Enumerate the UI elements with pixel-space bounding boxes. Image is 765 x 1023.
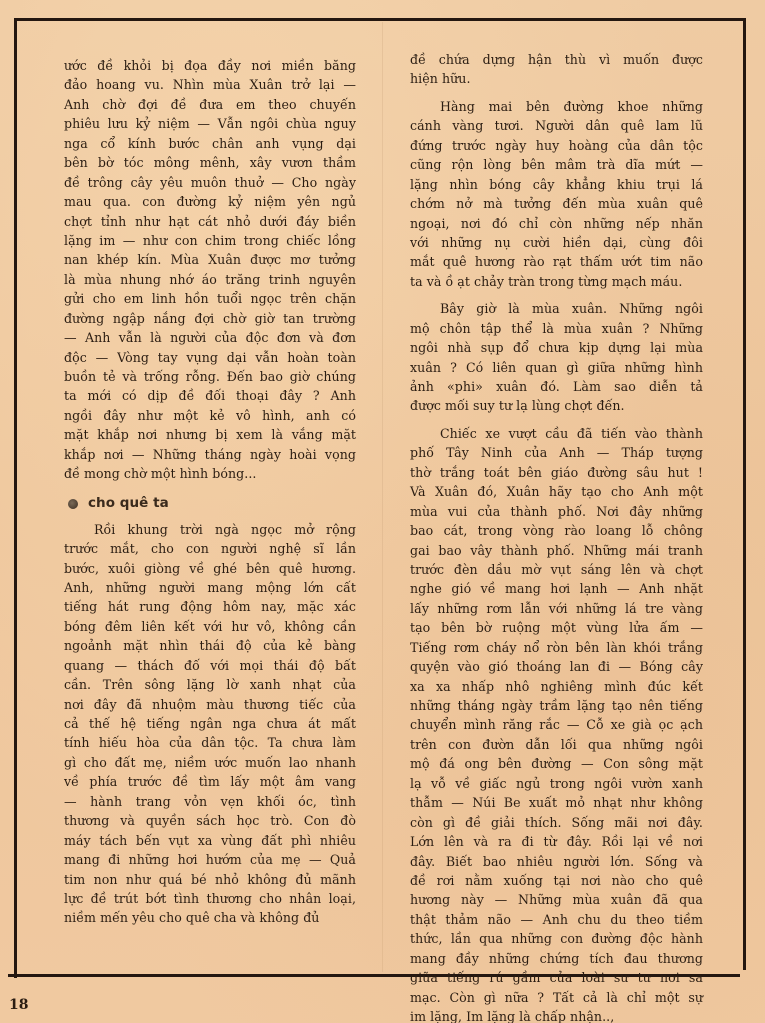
text-line: cần. Trên sông lặng lờ xanh nhạt của	[64, 675, 356, 694]
text-line: đường ngập nắng đợi chờ giờ tan trường	[64, 309, 356, 328]
text-line: ước đề khỏi bị đọa đầy nơi miền băng	[64, 56, 356, 75]
text-line: bao cát, trong vòng rào loang lỗ chông	[410, 521, 703, 540]
text-line: Tiếng rơm cháy nổ ròn bên làn khói trắng	[410, 638, 703, 657]
text-line: ta mới có dịp đề đối thoại đây ? Anh	[64, 386, 356, 405]
text-line: còn gì đề giải thích. Sống mãi nơi đây.	[410, 813, 703, 832]
text-line: tính hiếu hòa của dân tộc. Ta chưa làm	[64, 733, 356, 752]
text-line: đề trông cây yêu muôn thuở — Cho ngày	[64, 173, 356, 192]
paragraph-gap	[410, 291, 703, 299]
text-line: Anh, những người mang mộng lớn cất	[64, 578, 356, 597]
text-line: khắp nơi — Những tháng ngày hoài vọng	[64, 445, 356, 464]
text-line: quang — thách đố với mọi thái độ bất	[64, 656, 356, 675]
text-line: trước mắt, cho con người nghệ sĩ lần	[64, 539, 356, 558]
text-line: cũng rộn lòng bên mâm trà dĩa mứt —	[410, 155, 703, 174]
right-column: đề chứa dựng hận thù vì muốn đượchiện hữ…	[410, 50, 703, 1023]
text-line: bên bờ tóc mông mênh, xây vươn thầm	[64, 153, 356, 172]
text-line: nơi đây đã nhuộm màu thương tiếc của	[64, 695, 356, 714]
text-line: Anh chờ đợi đề đưa em theo chuyến	[64, 95, 356, 114]
text-line: cả thế hệ tiếng ngân nga chưa át mất	[64, 714, 356, 733]
text-line: đây. Biết bao nhiêu người lớn. Sống và	[410, 852, 703, 871]
text-line: Hàng mai bên đường khoe những	[410, 97, 703, 116]
right-paragraph-4: Chiếc xe vượt cầu đã tiến vào thànhphố T…	[410, 424, 703, 1023]
text-line: buồn tẻ và trống rỗng. Đến bao giờ chúng	[64, 367, 356, 386]
text-line: ảnh «phi» xuân đó. Làm sao diễn tả	[410, 377, 703, 396]
text-line: trước đèn dầu mờ vụt sáng lên và chợt	[410, 560, 703, 579]
text-line: máy tách bến vụt xa vùng đất phì nhiêu	[64, 831, 356, 850]
frame-border-left	[14, 18, 17, 978]
text-line: những tháng ngày trầm lặng tạo nên tiếng	[410, 696, 703, 715]
text-line: về phía trước đề tìm lấy một âm vang	[64, 772, 356, 791]
text-line: là mùa nhung nhớ áo trăng trinh nguyên	[64, 270, 356, 289]
text-line: cánh vàng tươi. Người dân quê lam lũ	[410, 116, 703, 135]
bullet-circle-icon	[68, 499, 78, 509]
text-line: thức, lần qua những con đường độc hành	[410, 929, 703, 948]
text-line: mang đầy những chứng tích đau thương	[410, 949, 703, 968]
text-line: mắt quê hương rào rạt thấm ướt tim não	[410, 252, 703, 271]
text-line: thật thảm não — Anh chu du theo tiềm	[410, 910, 703, 929]
text-line: thờ trắng toát bên giáo đường sâu hut !	[410, 463, 703, 482]
page-number: 18	[9, 997, 28, 1013]
text-line: đề rơi nằm xuống tại nơi nào cho quê	[410, 871, 703, 890]
text-line: chuyển mình răng rắc — Cỗ xe già ọc ạch	[410, 715, 703, 734]
text-line: tiếng hát rung động hôm nay, mặc xác	[64, 597, 356, 616]
text-line: ngồi đây như một kẻ vô hình, anh có	[64, 406, 356, 425]
text-line: phiêu lưu kỷ niệm — Vẫn ngôi chùa nguy	[64, 114, 356, 133]
text-line: ngoại, nơi đó chỉ còn những nếp nhăn	[410, 214, 703, 233]
text-line: bóng đêm liên kết với hư vô, không cần	[64, 617, 356, 636]
left-paragraph-2: Rồi khung trời ngà ngọc mở rộngtrước mắt…	[64, 520, 356, 928]
text-line: trên con đườn dẫn lối qua những ngôi	[410, 735, 703, 754]
text-line: mang đi những hơi hướm của mẹ — Quả	[64, 850, 356, 869]
text-line: Lớn lên và ra đi từ đây. Rồi lại về nơi	[410, 832, 703, 851]
text-line: niềm mến yêu cho quê cha và không đủ	[64, 908, 356, 927]
text-line: chớm nở mà tưởng đến mùa xuân quê	[410, 194, 703, 213]
text-line: được mối suy tư lạ lùng chợt đến.	[410, 396, 703, 415]
text-line: mặt khắp nơi nhưng bị xem là vắng mặt	[64, 425, 356, 444]
text-line: Chiếc xe vượt cầu đã tiến vào thành	[410, 424, 703, 443]
right-paragraph-1: đề chứa dựng hận thù vì muốn đượchiện hữ…	[410, 50, 703, 89]
text-line: mạc. Còn gì nữa ? Tất cả là chỉ một sự	[410, 988, 703, 1007]
right-paragraph-3: Bây giờ là mùa xuân. Những ngôimộ chôn t…	[410, 299, 703, 416]
text-line: ngoảnh mặt nhìn thái độ của kẻ bàng	[64, 636, 356, 655]
paragraph-gap	[410, 416, 703, 424]
text-line: — Anh vẫn là người của độc đơn và đơn	[64, 328, 356, 347]
text-line: quyện vào gió thoáng lan đi — Bóng cây	[410, 657, 703, 676]
text-line: thương và quyền sách học trò. Con đò	[64, 811, 356, 830]
right-paragraph-2: Hàng mai bên đường khoe nhữngcánh vàng t…	[410, 97, 703, 291]
text-line: Rồi khung trời ngà ngọc mở rộng	[64, 520, 356, 539]
text-line: với những nụ cười hiền dại, cùng đôi	[410, 233, 703, 252]
text-line: hiện hữu.	[410, 69, 703, 88]
text-line: tim non như quá bé nhỏ không đủ mãnh	[64, 870, 356, 889]
text-line: nghe gió về mang hơi lạnh — Anh nhặt	[410, 579, 703, 598]
section-heading-text: cho quê ta	[88, 494, 169, 513]
text-line: tạo bên bờ ruộng một vùng lửa ấm —	[410, 618, 703, 637]
text-line: độc — Vòng tay vụng dại vẫn hoàn toàn	[64, 348, 356, 367]
text-line: đứng trước ngày huy hoàng của dân tộc	[410, 136, 703, 155]
text-line: ngôi nhà sụp đổ chưa kịp dựng lại mùa	[410, 338, 703, 357]
text-line: Và Xuân đó, Xuân hãy tạo cho Anh một	[410, 482, 703, 501]
text-line: nan khép kín. Mùa Xuân được mơ tưởng	[64, 250, 356, 269]
frame-border-right	[743, 18, 746, 970]
text-line: gì cho đất mẹ, niềm ước muốn lao nhanh	[64, 753, 356, 772]
text-line: lặng im — như con chim trong chiếc lồng	[64, 231, 356, 250]
text-line: gửi cho em linh hồn tuổi ngọc trên chặn	[64, 289, 356, 308]
text-line: đề chứa dựng hận thù vì muốn được	[410, 50, 703, 69]
text-line: chợt tỉnh như hạt cát nhỏ dưới đáy biền	[64, 212, 356, 231]
left-paragraph-1: ước đề khỏi bị đọa đầy nơi miền băngđảo …	[64, 56, 356, 484]
text-line: hương này — Những mùa xuân đã qua	[410, 890, 703, 909]
page-fold-shadow	[382, 22, 383, 972]
text-line: nga cổ kính bước chân anh vụng dại	[64, 134, 356, 153]
text-line: — hành trang vỏn vẹn khối óc, tình	[64, 792, 356, 811]
frame-border-top	[14, 18, 746, 21]
text-line: đảo hoang vu. Nhìn mùa Xuân trở lại —	[64, 75, 356, 94]
section-heading: cho quê ta	[68, 494, 356, 514]
text-line: lạ vỗ về giấc ngủ trong ngôi vườn xanh	[410, 774, 703, 793]
paragraph-gap	[410, 89, 703, 97]
text-line: đề mong chờ một hình bóng...	[64, 464, 356, 483]
text-line: xa xa nhấp nhô nghiêng mình đúc kết	[410, 677, 703, 696]
left-column: ước đề khỏi bị đọa đầy nơi miền băngđảo …	[64, 56, 356, 928]
text-line: mau qua. con đường kỷ niệm yên ngủ	[64, 192, 356, 211]
text-line: mộ đá ong bên đường — Con sông mặt	[410, 754, 703, 773]
text-line: xuân ? Có liên quan gì giữa những hình	[410, 358, 703, 377]
text-line: lặng nhìn bóng cây khẳng khiu trụi lá	[410, 175, 703, 194]
text-line: gai bao vây thành phố. Những mái tranh	[410, 541, 703, 560]
text-line: lấy những rơm lẫn với những lá tre vàng	[410, 599, 703, 618]
text-line: phố Tây Ninh của Anh — Tháp tượng	[410, 443, 703, 462]
text-line: lực đề trút bớt tình thương cho nhân loạ…	[64, 889, 356, 908]
text-line: mùa vui của thành phố. Nơi đây những	[410, 502, 703, 521]
text-line: Bây giờ là mùa xuân. Những ngôi	[410, 299, 703, 318]
text-line: im lặng, Im lặng là chấp nhận..,	[410, 1007, 703, 1023]
text-line: giữa tiếng rú gầm của loài sư tư nơi sa	[410, 968, 703, 987]
text-line: mộ chôn tập thể là mùa xuân ? Những	[410, 319, 703, 338]
text-line: thẫm — Núi Be xuất mỏ nhạt như không	[410, 793, 703, 812]
text-line: ta và ồ ạt chảy tràn trong từng mạch máu…	[410, 272, 703, 291]
text-line: bước, xuôi giòng về ghé bên quê hương.	[64, 559, 356, 578]
